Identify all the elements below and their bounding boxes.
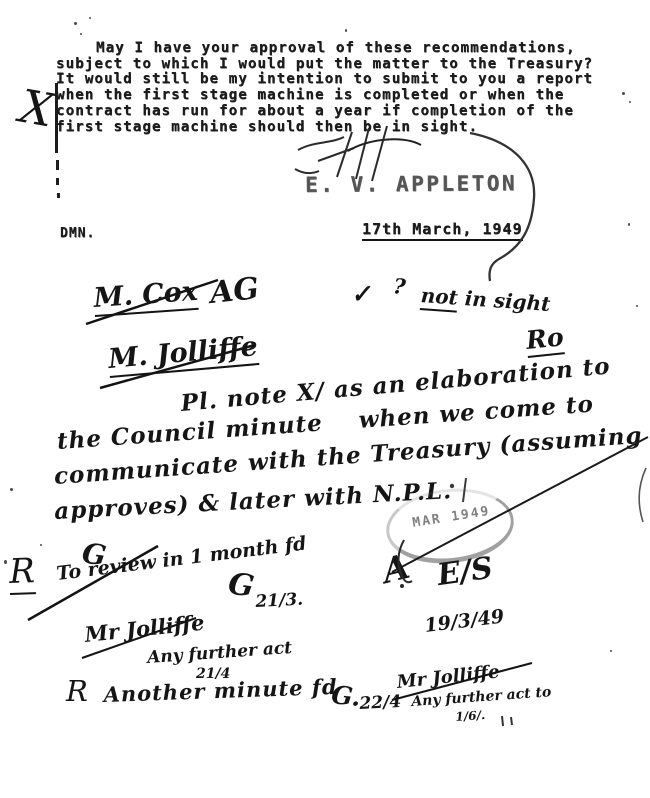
minute3-text: Another minute fd	[103, 674, 338, 707]
paragraph-line: first stage machine should then be in si…	[56, 120, 593, 136]
initials-ag: AG	[208, 271, 260, 311]
query-note: not in sight	[420, 283, 551, 316]
minute1-initial: G	[226, 566, 256, 604]
query-word-not: not	[420, 283, 459, 313]
query-rest: in sight	[464, 286, 551, 316]
stamp-date-text: MAR 1949	[411, 504, 491, 531]
typed-paragraph: May I have your approval of these recomm…	[56, 41, 593, 135]
tick-mark: ✓	[349, 278, 372, 309]
margin-cross-mark: X	[16, 79, 58, 138]
signature-name: E. V. APPLETON	[305, 171, 517, 197]
initials-ro: Ro	[525, 322, 566, 358]
scanned-letter-page: May I have your approval of these recomm…	[0, 0, 650, 798]
margin-line-dash	[56, 160, 59, 170]
minute2-name: Mr Jolliffe	[83, 610, 205, 647]
paragraph-line: when the first stage machine is complete…	[56, 88, 593, 104]
underline-flourish	[348, 139, 421, 151]
typist-initials: DMN.	[60, 226, 95, 241]
margin-line-dash	[57, 193, 60, 198]
minute4-date: 1/6/.	[455, 708, 486, 724]
paragraph-line: May I have your approval of these recomm…	[56, 41, 593, 57]
annotation-name-cox: M. Cox	[93, 276, 199, 317]
bottom-tick-marks	[502, 716, 512, 726]
minute2-text: Any further act	[147, 638, 293, 668]
approved-initial-es: E/S	[435, 551, 495, 593]
minute1-r: R	[8, 551, 35, 595]
margin-vertical-line	[55, 83, 58, 153]
paragraph-line: contract has run for about a year if com…	[56, 104, 593, 120]
paragraph-line: subject to which I would put the matter …	[56, 57, 593, 73]
paragraph-line: It would still be my intention to submit…	[56, 72, 593, 88]
approved-date: 19/3/49	[423, 605, 505, 637]
minute3-r: R	[66, 674, 88, 708]
margin-line-dash	[56, 178, 59, 185]
flourish-curve	[470, 133, 534, 281]
query-mark: ?	[392, 273, 407, 299]
letter-date: 17th March, 1949	[362, 220, 523, 241]
annotation-name-jolliffe: M. Jolliffe	[107, 331, 259, 378]
minute1-date: 21/3.	[255, 590, 304, 612]
minute3-date: 22/4	[359, 692, 402, 714]
edge-curl-mark	[639, 468, 646, 522]
minute3-initial: G.	[330, 680, 362, 712]
